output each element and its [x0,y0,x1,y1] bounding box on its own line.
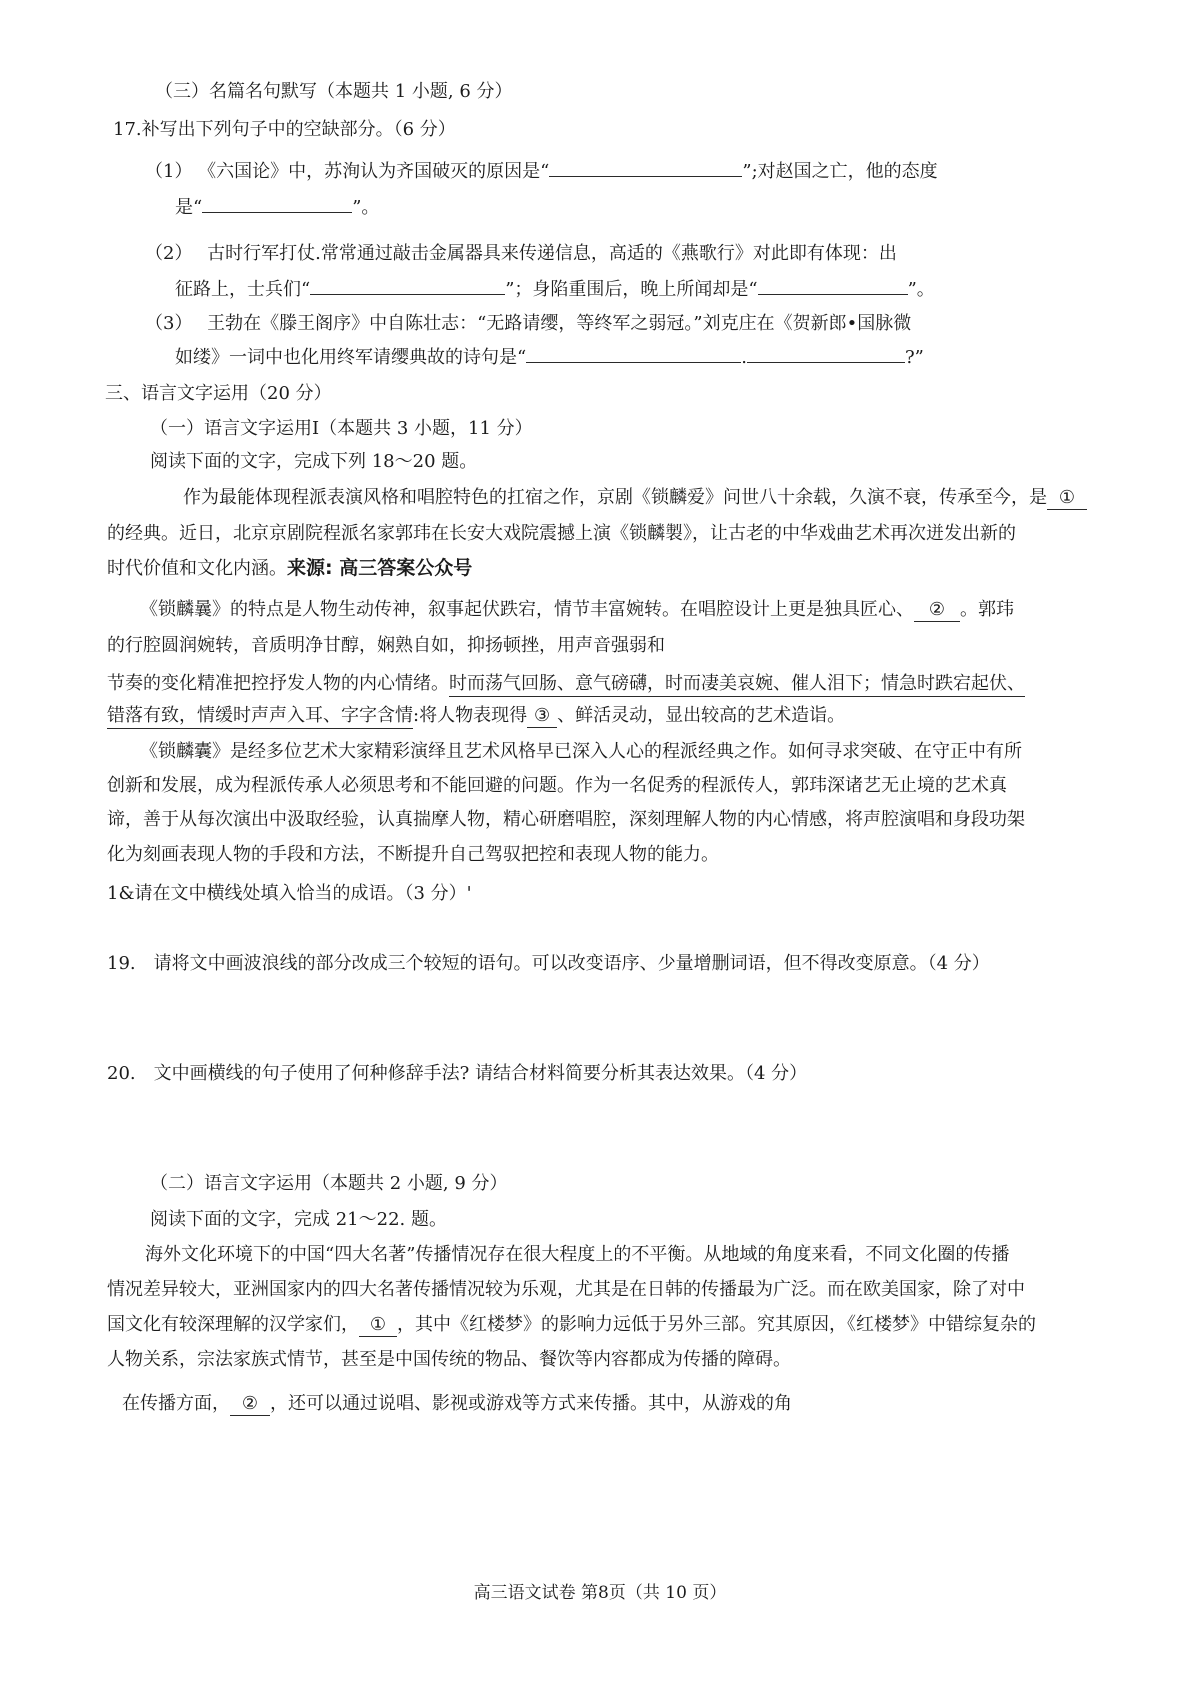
answer-blank [549,160,742,177]
answer-blank [758,278,908,295]
passage1-line2: 的经典。近日，北京京剧院程派名家郭玮在长安大戏院震撼上演《锁麟製》，让古老的中华… [107,522,1016,545]
passage2-line2: 情况差异较大，亚洲国家内的四大名著传播情况较为乐观，尤其是在日韩的传播最为广泛。… [107,1278,1025,1301]
part2-heading: （二）语言文字运用（本题共 2 小题, 9 分） [150,1172,508,1195]
blank-number-1: ① [1047,486,1087,510]
passage1-line8: 《锁麟囊》是经多位艺术大家精彩演绎且艺术风格早已深入人心的程派经典之作。如何寻求… [140,740,1022,763]
question-19: 19. 请将文中画波浪线的部分改成三个较短的语句。可以改变语序、少量增删词语，但… [107,952,990,975]
passage1-line6: 节奏的变化精准把控抒发人物的内心情绪。时而荡气回肠、意气磅礴，时而凄美哀婉、催人… [107,672,1025,695]
passage1-line3: 时代价值和文化内涵。来源: 高三答案公众号 [107,556,472,581]
blank-number-1: ① [359,1313,397,1337]
question-17-item1-line1: （1） 《六国论》中，苏洵认为齐国破灭的原因是“”;对赵国之亡，他的态度 [145,160,938,183]
question-17-item2-line1: （2） 古时行军打仗.常常通过敲击金属器具来传递信息，高适的《燕歌行》对此即有体… [145,242,897,265]
underlined-sentence: 时而荡气回肠、意气磅礴，时而凄美哀婉、催人泪下；情急时跌宕起伏、 [449,673,1025,697]
passage2-line4: 人物关系，宗法家族式情节，甚至是中国传统的物品、餐饮等内容都成为传播的障碍。 [107,1348,791,1371]
question-18: 1&请在文中横线处填入恰当的成语。（3 分）' [107,882,472,905]
passage1-line4: 《锁麟曩》的特点是人物生动传神，叙事起伏跌宕，情节丰富婉转。在唱腔设计上更是独具… [140,598,1014,622]
section-heading-dictation: （三）名篇名句默写（本题共 1 小题, 6 分） [155,80,513,103]
passage1-line11: 化为刻画表现人物的手段和方法，不断提升自己驾驭把控和表现人物的能力。 [107,843,719,866]
passage2-line5: 在传播方面，②，还可以通过说唱、影视或游戏等方式来传播。其中，从游戏的角 [122,1392,792,1416]
passage1-line1: 作为最能体现程派表演风格和唱腔特色的扛宿之作，京剧《锁麟爱》问世八十余载，久演不… [183,486,1087,510]
underlined-sentence: 错落有致，情缓时声声入耳、字字含情 [107,705,413,729]
passage2-line1: 海外文化环境下的中国“四大名著”传播情况存在很大程度上的不平衡。从地域的角度来看… [145,1243,1009,1266]
page-footer: 高三语文试卷 第8页（共 10 页） [0,1578,1200,1603]
source-watermark: 来源: 高三答案公众号 [287,557,472,579]
passage1-line7: 错落有致，情缓时声声入耳、字字含情:将人物表现得③、鲜活灵动，显出较高的艺术造诣… [107,704,845,728]
section-heading-language-use: 三、语言文字运用（20 分） [105,382,332,405]
passage1-line5: 的行腔圆润婉转，音质明净甘醇，娴熟自如，抑扬顿挫，用声音强弱和 [107,634,665,657]
answer-blank [202,196,352,213]
answer-blank [747,346,905,363]
answer-blank [526,346,741,363]
question-17-item3-line1: （3） 王勃在《滕王阁序》中自陈壮志：“无路请缨，等终军之弱冠。”刘克庄在《贺新… [145,312,911,335]
blank-number-2: ② [914,598,960,622]
passage1-line9: 创新和发展，成为程派传承人必须思考和不能回避的问题。作为一名促秀的程派传人，郭玮… [107,774,1007,797]
passage1-line10: 谛，善于从每次演出中汲取经验，认真揣摩人物，精心研磨唱腔，深刻理解人物的内心情感… [107,808,1025,831]
question-20: 20. 文中画横线的句子使用了何种修辞手法? 请结合材料简要分析其表达效果。（4… [107,1062,807,1085]
part1-intro: 阅读下面的文字，完成下列 18〜20 题。 [150,450,477,473]
question-17-item3-line2: 如缕》一词中也化用终军请缨典故的诗句是“.?” [175,346,924,369]
answer-blank [310,278,505,295]
part1-heading: （一）语言文字运用Ⅰ（本题共 3 小题，11 分） [150,417,533,440]
blank-number-3: ③ [527,704,557,728]
part2-intro: 阅读下面的文字，完成 21〜22. 题。 [150,1208,447,1231]
blank-number-2: ② [230,1392,270,1416]
question-17-item2-line2: 征路上，士兵们“”；身陷重围后，晚上所闻却是“”。 [175,278,935,301]
question-17-stem: 17.补写出下列句子中的空缺部分。（6 分） [113,118,456,141]
question-17-item1-line2: 是“”。 [175,196,379,219]
passage2-line3: 国文化有较深理解的汉学家们，①，其中《红楼梦》的影响力远低于另外三部。究其原因，… [107,1313,1036,1337]
exam-paper-page: （三）名篇名句默写（本题共 1 小题, 6 分） 17.补写出下列句子中的空缺部… [0,0,1200,1699]
